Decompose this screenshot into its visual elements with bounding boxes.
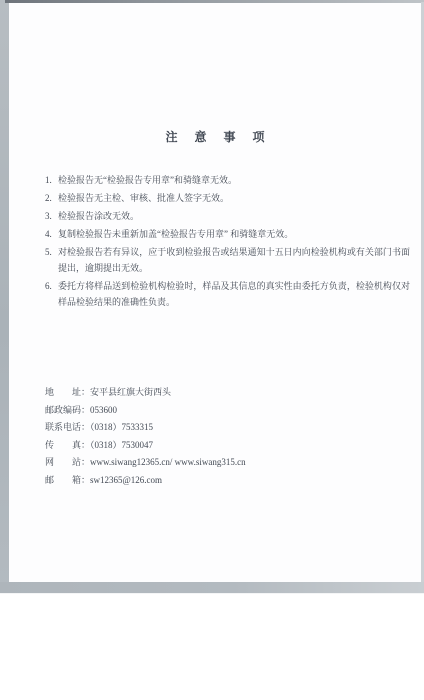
contact-label: 邮 箱： — [45, 475, 90, 485]
notice-item-text: 检验报告涂改无效。 — [58, 211, 139, 221]
notice-item-number: 3. — [45, 208, 52, 224]
contact-value: （0318）7533315 — [90, 422, 153, 432]
notice-item-number: 1. — [45, 172, 52, 188]
contact-block: 地 址：安平县红旗大街西头 邮政编码：053600 联系电话：（0318）753… — [45, 384, 421, 489]
notice-item: 2. 检验报告无主检、审核、批准人签字无效。 — [45, 190, 410, 206]
contact-label: 传 真： — [45, 440, 90, 450]
contact-row-postcode: 邮政编码：053600 — [45, 402, 421, 420]
contact-row-fax: 传 真：（0318）7530047 — [45, 437, 421, 455]
notice-item: 6. 委托方将样品送到检验机构检验时，样品及其信息的真实性由委托方负责，检验机构… — [45, 278, 410, 310]
contact-value: （0318）7530047 — [90, 440, 153, 450]
contact-row-phone: 联系电话：（0318）7533315 — [45, 419, 421, 437]
contact-value: www.siwang12365.cn/ www.siwang315.cn — [90, 457, 246, 467]
scan-edge-bottom-shadow — [0, 582, 424, 593]
notice-item: 4. 复制检验报告未重新加盖“检验报告专用章” 和骑缝章无效。 — [45, 226, 410, 242]
contact-label: 地 址： — [45, 387, 90, 397]
notice-item: 1. 检验报告无“检验报告专用章”和骑缝章无效。 — [45, 172, 410, 188]
notice-item-text: 检验报告无主检、审核、批准人签字无效。 — [58, 193, 229, 203]
notice-item-number: 5. — [45, 244, 52, 260]
contact-label: 网 站： — [45, 457, 90, 467]
contact-value: sw12365@126.com — [90, 475, 162, 485]
notice-item-text: 检验报告无“检验报告专用章”和骑缝章无效。 — [58, 175, 237, 185]
notice-item-text: 委托方将样品送到检验机构检验时，样品及其信息的真实性由委托方负责，检验机构仅对样… — [58, 281, 410, 307]
scan-edge-left — [0, 0, 9, 591]
notice-item-number: 2. — [45, 190, 52, 206]
contact-label: 联系电话： — [45, 422, 90, 432]
notice-list: 1. 检验报告无“检验报告专用章”和骑缝章无效。 2. 检验报告无主检、审核、批… — [45, 172, 410, 310]
notice-item: 3. 检验报告涂改无效。 — [45, 208, 410, 224]
notice-item-text: 对检验报告若有异议，应于收到检验报告或结果通知十五日内向检验机构或有关部门书面提… — [58, 247, 410, 273]
contact-label: 邮政编码： — [45, 405, 90, 415]
paper: 注 意 事 项 1. 检验报告无“检验报告专用章”和骑缝章无效。 2. 检验报告… — [9, 2, 421, 582]
notice-item-text: 复制检验报告未重新加盖“检验报告专用章” 和骑缝章无效。 — [58, 229, 293, 239]
notice-item-number: 4. — [45, 226, 52, 242]
contact-value: 053600 — [90, 405, 117, 415]
notice-item-number: 6. — [45, 278, 52, 294]
contact-row-address: 地 址：安平县红旗大街西头 — [45, 384, 421, 402]
notice-item: 5. 对检验报告若有异议，应于收到检验报告或结果通知十五日内向检验机构或有关部门… — [45, 244, 410, 276]
scan-edge-top — [5, 0, 424, 3]
page-title: 注 意 事 项 — [9, 131, 421, 143]
scanned-page: 注 意 事 项 1. 检验报告无“检验报告专用章”和骑缝章无效。 2. 检验报告… — [0, 0, 424, 594]
contact-row-email: 邮 箱：sw12365@126.com — [45, 472, 421, 490]
contact-row-website: 网 站：www.siwang12365.cn/ www.siwang315.cn — [45, 454, 421, 472]
contact-value: 安平县红旗大街西头 — [90, 387, 171, 397]
